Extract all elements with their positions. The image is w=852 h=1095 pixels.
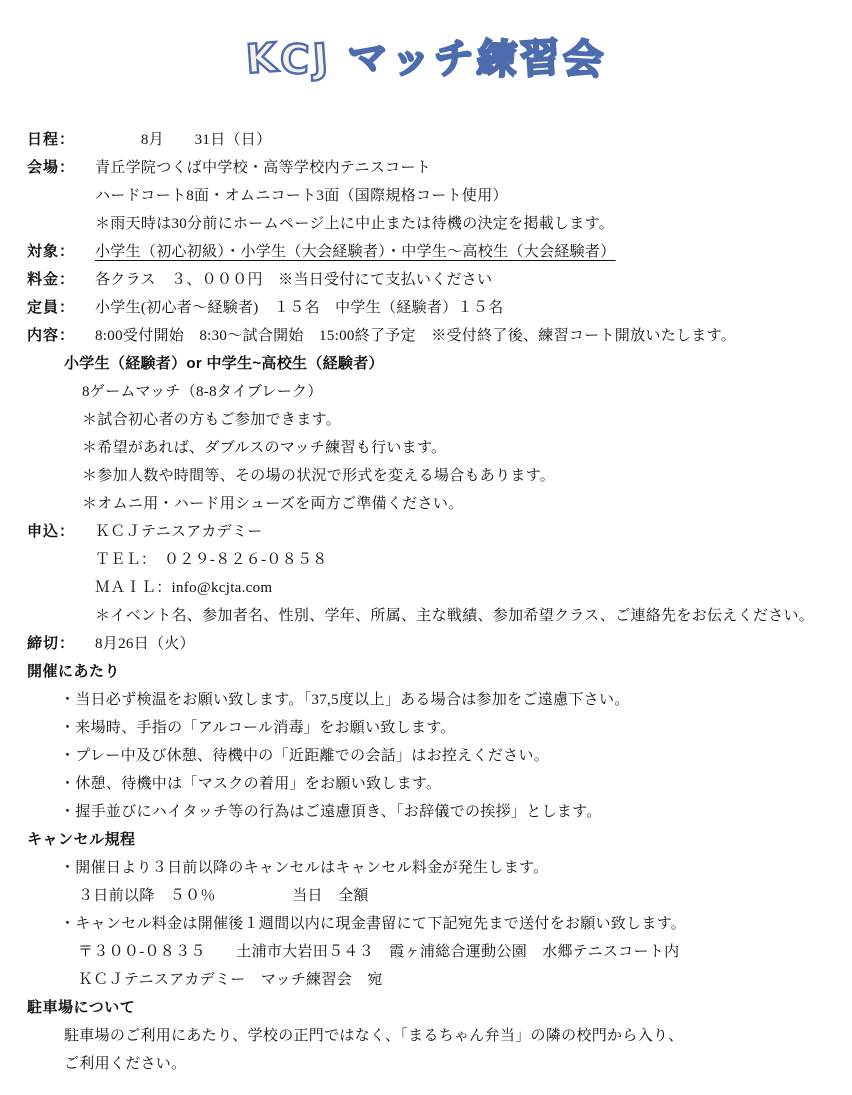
application-row: 申込： ＫＣＪテニスアカデミー	[27, 518, 842, 546]
contents-detail: ＊希望があれば、ダブルスのマッチ練習も行います。	[82, 434, 842, 462]
section-heading-parking: 駐車場について	[27, 994, 842, 1022]
target-label: 対象：	[27, 238, 95, 266]
application-note: ＊イベント名、参加者名、性別、学年、所属、主な戦績、参加希望クラス、ご連絡先をお…	[95, 602, 842, 630]
event-note-item: ・プレー中及び休憩、待機中の「近距離での会話」はお控えください。	[60, 742, 842, 770]
fee-value: 各クラス ３、０００円 ※当日受付にて支払いください	[95, 266, 492, 294]
event-note-item: ・当日必ず検温をお願い致します。「37,5度以上」ある場合は参加をご遠慮下さい。	[60, 686, 842, 714]
deadline-label: 締切：	[27, 630, 95, 658]
contents-detail: ＊オムニ用・ハード用シューズを両方ご準備ください。	[82, 490, 842, 518]
contents-detail: ＊参加人数や時間等、その場の状況で形式を変える場合もあります。	[82, 462, 842, 490]
contents-detail: ＊試合初心者の方もご参加できます。	[82, 406, 842, 434]
title-area: KCJ マッチ練習会	[0, 0, 852, 92]
schedule-row: 日程： 8月 31日（日）	[27, 126, 842, 154]
venue-rain-note: ＊雨天時は30分前にホームページ上に中止または待機の決定を掲載します。	[95, 210, 842, 238]
capacity-row: 定員： 小学生(初心者～経験者) １５名 中学生（経験者）１５名	[27, 294, 842, 322]
section-heading-cancel-policy: キャンセル規程	[27, 826, 842, 854]
cancel-fee-detail: ３日前以降 ５０％ 当日 全額	[78, 882, 842, 910]
target-value: 小学生（初心初級）・小学生（大会経験者）・中学生～高校生（大会経験者）	[95, 238, 616, 266]
page-title: KCJ マッチ練習会	[246, 26, 605, 92]
cancel-address: 〒３００‐０８３５ 土浦市大岩田５４３ 霞ヶ浦総合運動公園 水郷テニスコート内	[78, 938, 842, 966]
document-body: 日程： 8月 31日（日） 会場： 青丘学院つくば中学校・高等学校内テニスコート…	[0, 92, 852, 1078]
schedule-label: 日程：	[27, 126, 95, 154]
event-note-item: ・来場時、手指の「アルコール消毒」をお願い致します。	[60, 714, 842, 742]
application-tel: ＴＥＬ： ０２９‐８２６‐０８５８	[95, 546, 842, 574]
schedule-value: 8月 31日（日）	[95, 126, 271, 154]
contents-subheading: 小学生（経験者）or 中学生~高校生（経験者）	[64, 350, 842, 378]
fee-row: 料金： 各クラス ３、０００円 ※当日受付にて支払いください	[27, 266, 842, 294]
contents-row: 内容： 8:00受付開始 8:30～試合開始 15:00終了予定 ※受付終了後、…	[27, 322, 842, 350]
application-org: ＫＣＪテニスアカデミー	[95, 518, 263, 546]
event-note-item: ・休憩、待機中は「マスクの着用」をお願い致します。	[60, 770, 842, 798]
cancel-rule: ・開催日より３日前以降のキャンセルはキャンセル料金が発生します。	[60, 854, 842, 882]
contents-label: 内容：	[27, 322, 95, 350]
cancel-rule: ・キャンセル料金は開催後１週間以内に現金書留にて下記宛先まで送付をお願い致します…	[60, 910, 842, 938]
fee-label: 料金：	[27, 266, 95, 294]
application-mail: ＭＡＩＬ：info@kcjta.com	[95, 574, 842, 602]
deadline-row: 締切： 8月26日（火）	[27, 630, 842, 658]
venue-name: 青丘学院つくば中学校・高等学校内テニスコート	[95, 154, 431, 182]
cancel-addressee: ＫＣＪテニスアカデミー マッチ練習会 宛	[78, 966, 842, 994]
deadline-value: 8月26日（火）	[95, 630, 195, 658]
capacity-label: 定員：	[27, 294, 95, 322]
parking-instruction: ご利用ください。	[64, 1050, 842, 1078]
venue-row: 会場： 青丘学院つくば中学校・高等学校内テニスコート	[27, 154, 842, 182]
application-label: 申込：	[27, 518, 95, 546]
parking-instruction: 駐車場のご利用にあたり、学校の正門ではなく、「まるちゃん弁当」の隣の校門から入り…	[64, 1022, 842, 1050]
contents-value: 8:00受付開始 8:30～試合開始 15:00終了予定 ※受付終了後、練習コー…	[95, 322, 736, 350]
venue-label: 会場：	[27, 154, 95, 182]
flyer-page: KCJ マッチ練習会 日程： 8月 31日（日） 会場： 青丘学院つくば中学校・…	[0, 0, 852, 1095]
venue-courts: ハードコート8面・オムニコート3面（国際規格コート使用）	[95, 182, 842, 210]
capacity-value: 小学生(初心者～経験者) １５名 中学生（経験者）１５名	[95, 294, 503, 322]
section-heading-event-notes: 開催にあたり	[27, 658, 842, 686]
event-note-item: ・握手並びにハイタッチ等の行為はご遠慮頂き、「お辞儀での挨拶」とします。	[60, 798, 842, 826]
contents-detail: 8ゲームマッチ（8-8タイブレーク）	[82, 378, 842, 406]
target-row: 対象： 小学生（初心初級）・小学生（大会経験者）・中学生～高校生（大会経験者）	[27, 238, 842, 266]
